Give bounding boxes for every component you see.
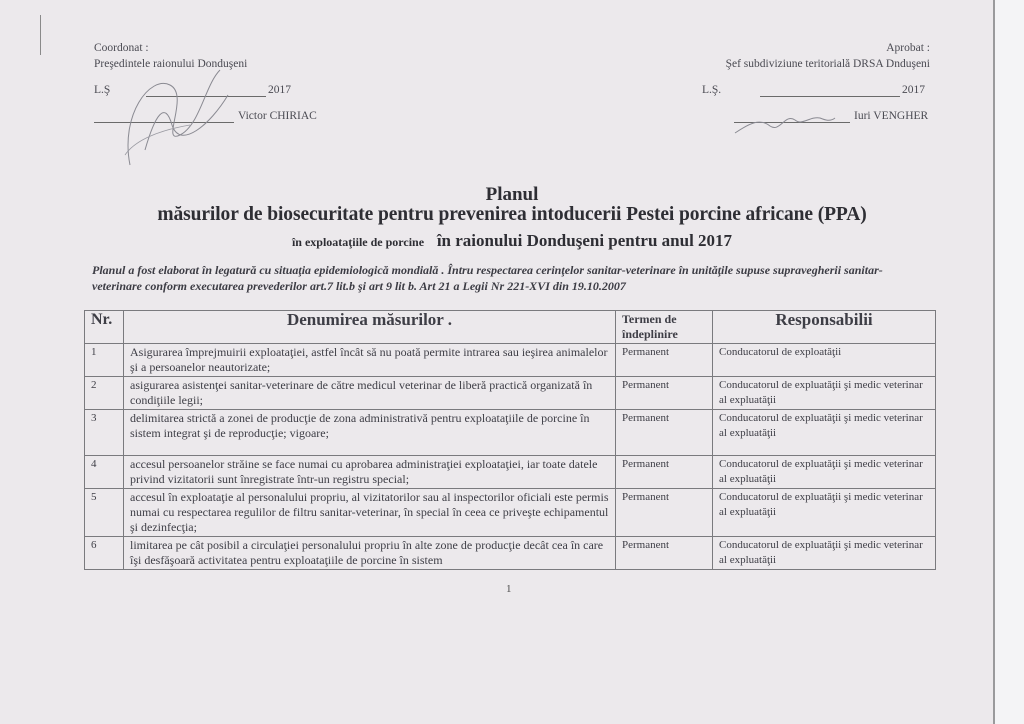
approval-label: Aprobat : xyxy=(680,40,930,56)
subtitle-small: în exploataţiile de porcine xyxy=(292,235,424,249)
name-row: Victor CHIRIAC xyxy=(94,108,394,128)
table-row: 4accesul persoanelor străine se face num… xyxy=(85,456,936,489)
row-number: 5 xyxy=(85,489,124,537)
subtitle-main: în raionului Donduşeni pentru anul 2017 xyxy=(437,231,732,250)
stamp-row: L.Ş 2017 xyxy=(94,82,394,102)
coordination-label: Coordonat : xyxy=(94,40,394,56)
row-term: Permanent xyxy=(616,537,713,570)
row-number: 1 xyxy=(85,344,124,377)
table-row: 3delimitarea strictă a zonei de producţi… xyxy=(85,410,936,456)
signature-line xyxy=(760,82,900,97)
row-number: 4 xyxy=(85,456,124,489)
coordination-position: Preşedintele raionului Donduşeni xyxy=(94,56,394,72)
coordination-year: 2017 xyxy=(268,82,291,98)
row-number: 6 xyxy=(85,537,124,570)
row-measure: accesul persoanelor străine se face numa… xyxy=(124,456,616,489)
table-row: 6limitarea pe cât posibil a circulaţiei … xyxy=(85,537,936,570)
row-responsible: Conducatorul de expluatăţii şi medic vet… xyxy=(713,489,936,537)
row-measure: accesul în exploataţie al personalului p… xyxy=(124,489,616,537)
row-responsible: Conducatorul de expluatăţii şi medic vet… xyxy=(713,537,936,570)
approval-year: 2017 xyxy=(902,82,925,98)
table-row: 5accesul în exploataţie al personalului … xyxy=(85,489,936,537)
coordination-block: Coordonat : Preşedintele raionului Dondu… xyxy=(94,40,394,128)
header-nr: Nr. xyxy=(85,311,124,344)
document-subtitle: măsurilor de biosecuritate pentru preven… xyxy=(0,204,1024,226)
table-row: 2asigurarea asistenţei sanitar-veterinar… xyxy=(85,377,936,410)
page-edge xyxy=(993,0,995,724)
measures-table: Nr. Denumirea măsurilor . Termen de înde… xyxy=(84,310,936,570)
stamp-label: L.Ş xyxy=(94,84,110,96)
page-edge-mark xyxy=(40,15,41,55)
name-row: Iuri VENGHER xyxy=(680,108,930,128)
name-line xyxy=(94,108,234,123)
stamp-row: L.Ş. 2017 xyxy=(680,82,930,102)
stamp-label: L.Ş. xyxy=(702,82,721,98)
scan-margin xyxy=(995,0,1024,724)
document-title: Planul xyxy=(0,184,1024,206)
row-term: Permanent xyxy=(616,410,713,456)
row-measure: asigurarea asistenţei sanitar-veterinare… xyxy=(124,377,616,410)
header-name: Denumirea măsurilor . xyxy=(124,311,616,344)
header-term: Termen de îndeplinire xyxy=(616,311,713,344)
coordination-name: Victor CHIRIAC xyxy=(238,108,317,124)
table-row: 1Asigurarea împrejmuirii exploataţiei, a… xyxy=(85,344,936,377)
row-number: 2 xyxy=(85,377,124,410)
row-measure: Asigurarea împrejmuirii exploataţiei, as… xyxy=(124,344,616,377)
row-responsible: Conducatorul de expluatăţii şi medic vet… xyxy=(713,410,936,456)
row-term: Permanent xyxy=(616,489,713,537)
row-number: 3 xyxy=(85,410,124,456)
approval-block: Aprobat : Şef subdiviziune teritorială D… xyxy=(680,40,930,128)
header-resp: Responsabilii xyxy=(713,311,936,344)
table-header-row: Nr. Denumirea măsurilor . Termen de înde… xyxy=(85,311,936,344)
row-responsible: Conducatorul de expluatăţii şi medic vet… xyxy=(713,456,936,489)
row-measure: limitarea pe cât posibil a circulaţiei p… xyxy=(124,537,616,570)
name-line xyxy=(734,108,850,123)
approval-name: Iuri VENGHER xyxy=(854,108,928,124)
intro-paragraph: Planul a fost elaborat în legatură cu si… xyxy=(92,262,912,294)
row-measure: delimitarea strictă a zonei de producţie… xyxy=(124,410,616,456)
row-responsible: Conducatorul de expluatăţii şi medic vet… xyxy=(713,377,936,410)
row-term: Permanent xyxy=(616,377,713,410)
row-term: Permanent xyxy=(616,456,713,489)
row-term: Permanent xyxy=(616,344,713,377)
approval-position: Şef subdiviziune teritorială DRSA Dnduşe… xyxy=(680,56,930,72)
signature-line xyxy=(146,82,266,97)
row-responsible: Conducatorul de exploatăţii xyxy=(713,344,936,377)
page-number: 1 xyxy=(506,583,512,595)
document-subtitle-location: în exploataţiile de porcine în raionului… xyxy=(0,231,1024,251)
